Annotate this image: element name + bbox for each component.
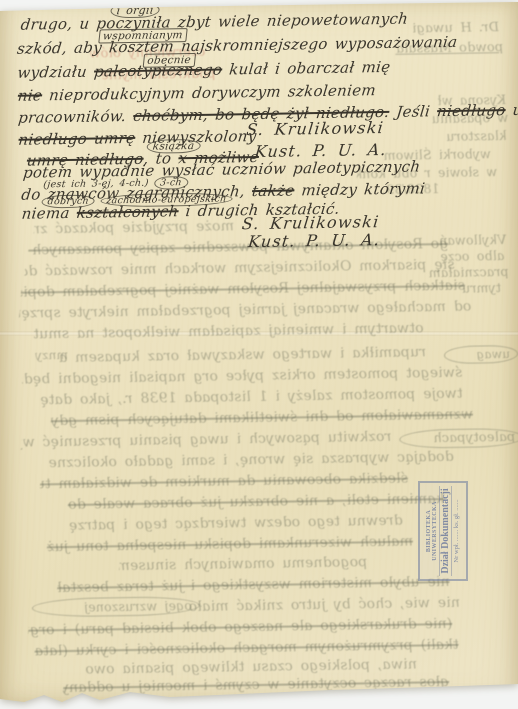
handwritten-ink-line: niedługo umrę niewyszkolony (18, 127, 258, 149)
manuscript-page: Dr. H uwagipowdo Massalaczerwienny ołówp… (0, 0, 518, 709)
handwritten-ink-line: książka (146, 140, 201, 153)
page-background: { "page": { "width": 518, "height": 709,… (0, 0, 518, 709)
handwritten-ink-line: szkód, aby kosztem najskromniejszego wyp… (16, 33, 458, 58)
handwritten-ink-line: nie nieprodukcyjnym dorywczym szkoleniem (17, 81, 377, 105)
paper: Dr. H uwagipowdo Massalaczerwienny ołówp… (0, 0, 518, 709)
handwritten-ink-line: drugo, u poczyniła zbyt wiele niepowetow… (20, 10, 409, 34)
handwritten-ink-line: i orgii (110, 4, 160, 18)
manuscript-ink-layer: drugo, u poczyniła zbyt wiele niepowetow… (0, 0, 518, 709)
handwritten-ink-line: wydziału paleotypicznego kulał i obarcza… (17, 58, 392, 82)
signature-line: S. Krulikowski (245, 118, 385, 139)
signature-line: Kust. P. U. A. (247, 230, 381, 251)
